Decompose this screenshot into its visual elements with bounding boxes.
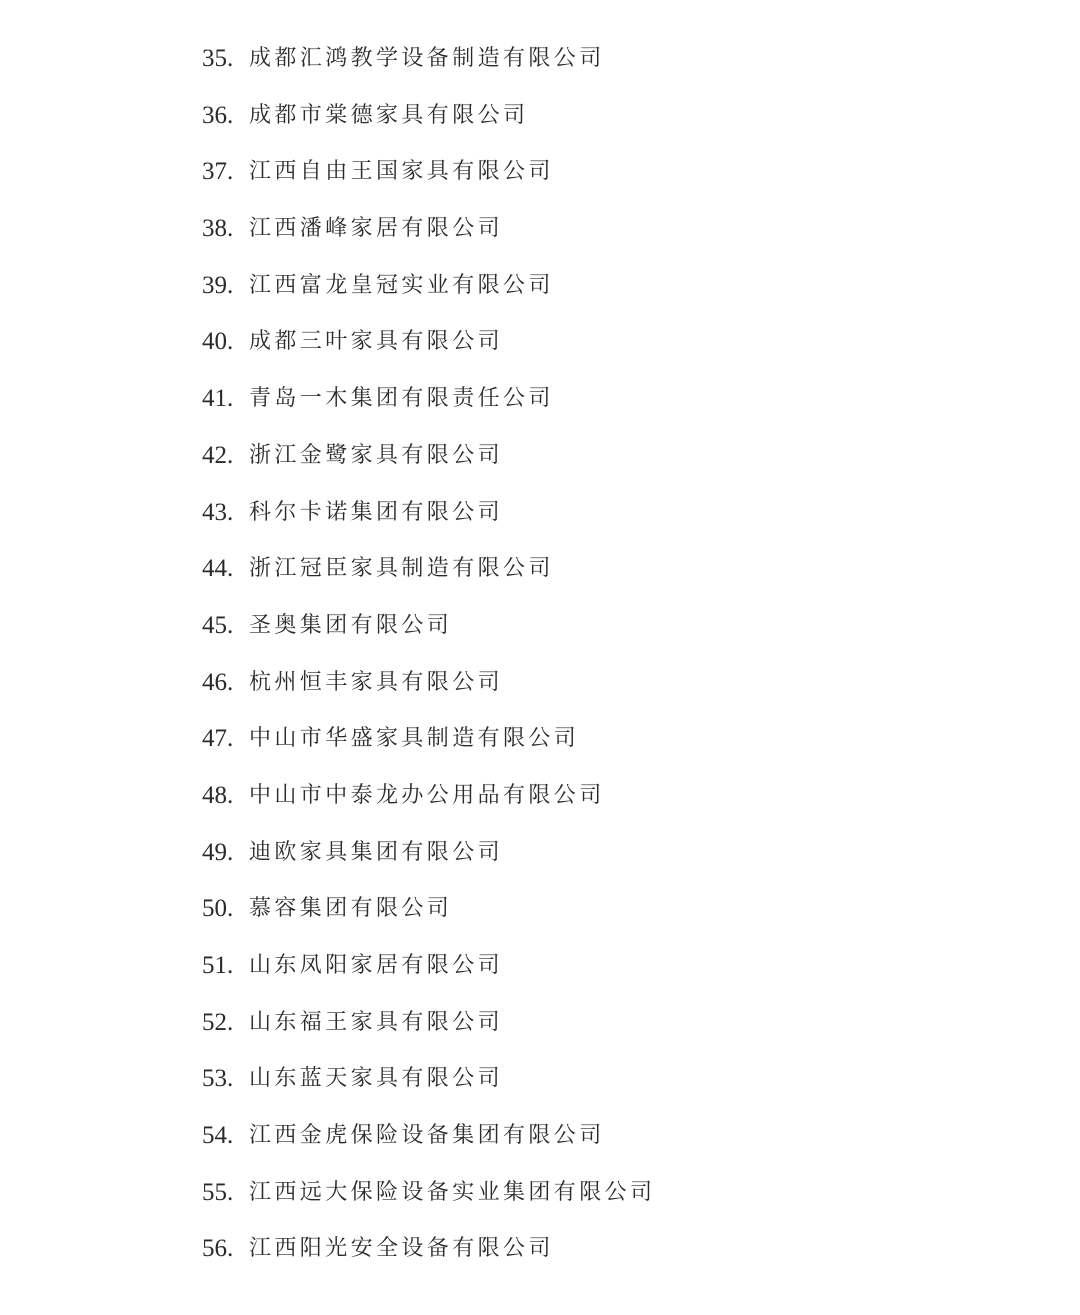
- list-item: 36.成都市棠德家具有限公司: [202, 99, 655, 156]
- list-item: 45.圣奥集团有限公司: [202, 609, 655, 666]
- item-number: 41.: [202, 382, 249, 416]
- item-number: 40.: [202, 325, 249, 359]
- list-item: 56.江西阳光安全设备有限公司: [202, 1232, 655, 1289]
- list-item: 48.中山市中泰龙办公用品有限公司: [202, 779, 655, 836]
- company-name: 杭州恒丰家具有限公司: [249, 666, 503, 700]
- list-item: 55.江西远大保险设备实业集团有限公司: [202, 1176, 655, 1233]
- company-name: 中山市中泰龙办公用品有限公司: [249, 779, 605, 813]
- list-item: 37.江西自由王国家具有限公司: [202, 155, 655, 212]
- item-number: 46.: [202, 666, 249, 700]
- company-name: 山东福王家具有限公司: [249, 1006, 503, 1040]
- list-item: 39.江西富龙皇冠实业有限公司: [202, 269, 655, 326]
- company-name: 山东蓝天家具有限公司: [249, 1062, 503, 1096]
- item-number: 47.: [202, 722, 249, 756]
- company-name: 迪欧家具集团有限公司: [249, 836, 503, 870]
- company-name: 浙江冠臣家具制造有限公司: [249, 552, 554, 586]
- company-name: 成都三叶家具有限公司: [249, 325, 503, 359]
- item-number: 39.: [202, 269, 249, 303]
- list-item: 50.慕容集团有限公司: [202, 892, 655, 949]
- list-item: 54.江西金虎保险设备集团有限公司: [202, 1119, 655, 1176]
- list-item: 51.山东凤阳家居有限公司: [202, 949, 655, 1006]
- list-item: 43.科尔卡诺集团有限公司: [202, 496, 655, 553]
- list-item: 38.江西潘峰家居有限公司: [202, 212, 655, 269]
- list-item: 44.浙江冠臣家具制造有限公司: [202, 552, 655, 609]
- item-number: 49.: [202, 836, 249, 870]
- item-number: 52.: [202, 1006, 249, 1040]
- company-name: 青岛一木集团有限责任公司: [249, 382, 554, 416]
- item-number: 42.: [202, 439, 249, 473]
- company-name: 山东凤阳家居有限公司: [249, 949, 503, 983]
- item-number: 51.: [202, 949, 249, 983]
- item-number: 38.: [202, 212, 249, 246]
- company-name: 成都汇鸿教学设备制造有限公司: [249, 42, 605, 76]
- company-name: 慕容集团有限公司: [249, 892, 452, 926]
- list-item: 40.成都三叶家具有限公司: [202, 325, 655, 382]
- item-number: 56.: [202, 1232, 249, 1266]
- company-name: 江西富龙皇冠实业有限公司: [249, 269, 554, 303]
- list-item: 42.浙江金鹭家具有限公司: [202, 439, 655, 496]
- company-name: 江西阳光安全设备有限公司: [249, 1232, 554, 1266]
- list-item: 53.山东蓝天家具有限公司: [202, 1062, 655, 1119]
- list-item: 49.迪欧家具集团有限公司: [202, 836, 655, 893]
- company-name: 江西潘峰家居有限公司: [249, 212, 503, 246]
- item-number: 50.: [202, 892, 249, 926]
- item-number: 44.: [202, 552, 249, 586]
- item-number: 53.: [202, 1062, 249, 1096]
- company-name: 成都市棠德家具有限公司: [249, 99, 528, 133]
- company-name: 浙江金鹭家具有限公司: [249, 439, 503, 473]
- item-number: 54.: [202, 1119, 249, 1153]
- list-item: 52.山东福王家具有限公司: [202, 1006, 655, 1063]
- item-number: 48.: [202, 779, 249, 813]
- company-name: 江西自由王国家具有限公司: [249, 155, 554, 189]
- item-number: 36.: [202, 99, 249, 133]
- list-item: 35.成都汇鸿教学设备制造有限公司: [202, 42, 655, 99]
- item-number: 35.: [202, 42, 249, 76]
- company-name: 中山市华盛家具制造有限公司: [249, 722, 579, 756]
- list-item: 46.杭州恒丰家具有限公司: [202, 666, 655, 723]
- item-number: 43.: [202, 496, 249, 530]
- list-item: 41.青岛一木集团有限责任公司: [202, 382, 655, 439]
- company-name: 科尔卡诺集团有限公司: [249, 496, 503, 530]
- company-name: 江西金虎保险设备集团有限公司: [249, 1119, 605, 1153]
- item-number: 45.: [202, 609, 249, 643]
- company-list: 35.成都汇鸿教学设备制造有限公司 36.成都市棠德家具有限公司 37.江西自由…: [202, 42, 655, 1289]
- list-item: 47.中山市华盛家具制造有限公司: [202, 722, 655, 779]
- item-number: 55.: [202, 1176, 249, 1210]
- company-name: 江西远大保险设备实业集团有限公司: [249, 1176, 655, 1210]
- item-number: 37.: [202, 155, 249, 189]
- company-name: 圣奥集团有限公司: [249, 609, 452, 643]
